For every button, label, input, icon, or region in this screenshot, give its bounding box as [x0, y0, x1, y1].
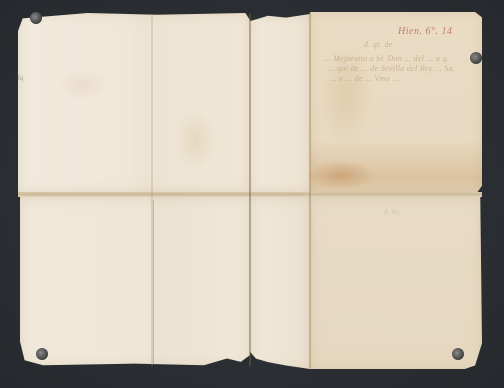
- manuscript-sheet: Hien. 6°. 14 d. qt. de ... Mejorano a Sr…: [16, 10, 484, 370]
- panel-middle-bottom: [250, 197, 310, 369]
- script-line: ... Mejorano a Sr. Don ... del ... a q.: [324, 54, 449, 63]
- folio-mark: Hien. 6°. 14: [398, 26, 452, 37]
- panel-right-top: [310, 12, 482, 193]
- panel-middle-top: [250, 14, 310, 193]
- script-line: ... e ... de ... Vmo ...: [330, 74, 399, 83]
- vertical-fold-left: [249, 14, 251, 366]
- pin-hole-bottom-left: [36, 348, 48, 360]
- edge-mark: ſq: [18, 74, 23, 82]
- pin-hole-top-right: [470, 52, 482, 64]
- pin-hole-top-left: [30, 12, 42, 24]
- script-line: ... qui de ... de Sevilla del Rey ... Sa…: [328, 64, 455, 73]
- panel-right-bottom: [310, 197, 482, 369]
- panel-bottom-left: [20, 197, 250, 367]
- panel-top-left: [18, 13, 250, 193]
- vertical-fold-right: [309, 12, 311, 368]
- script-line: d. qt. de: [364, 40, 392, 49]
- pin-hole-bottom-right: [452, 348, 464, 360]
- faint-mark: d. Ve.: [384, 208, 400, 216]
- crease-left-lower: [153, 200, 154, 365]
